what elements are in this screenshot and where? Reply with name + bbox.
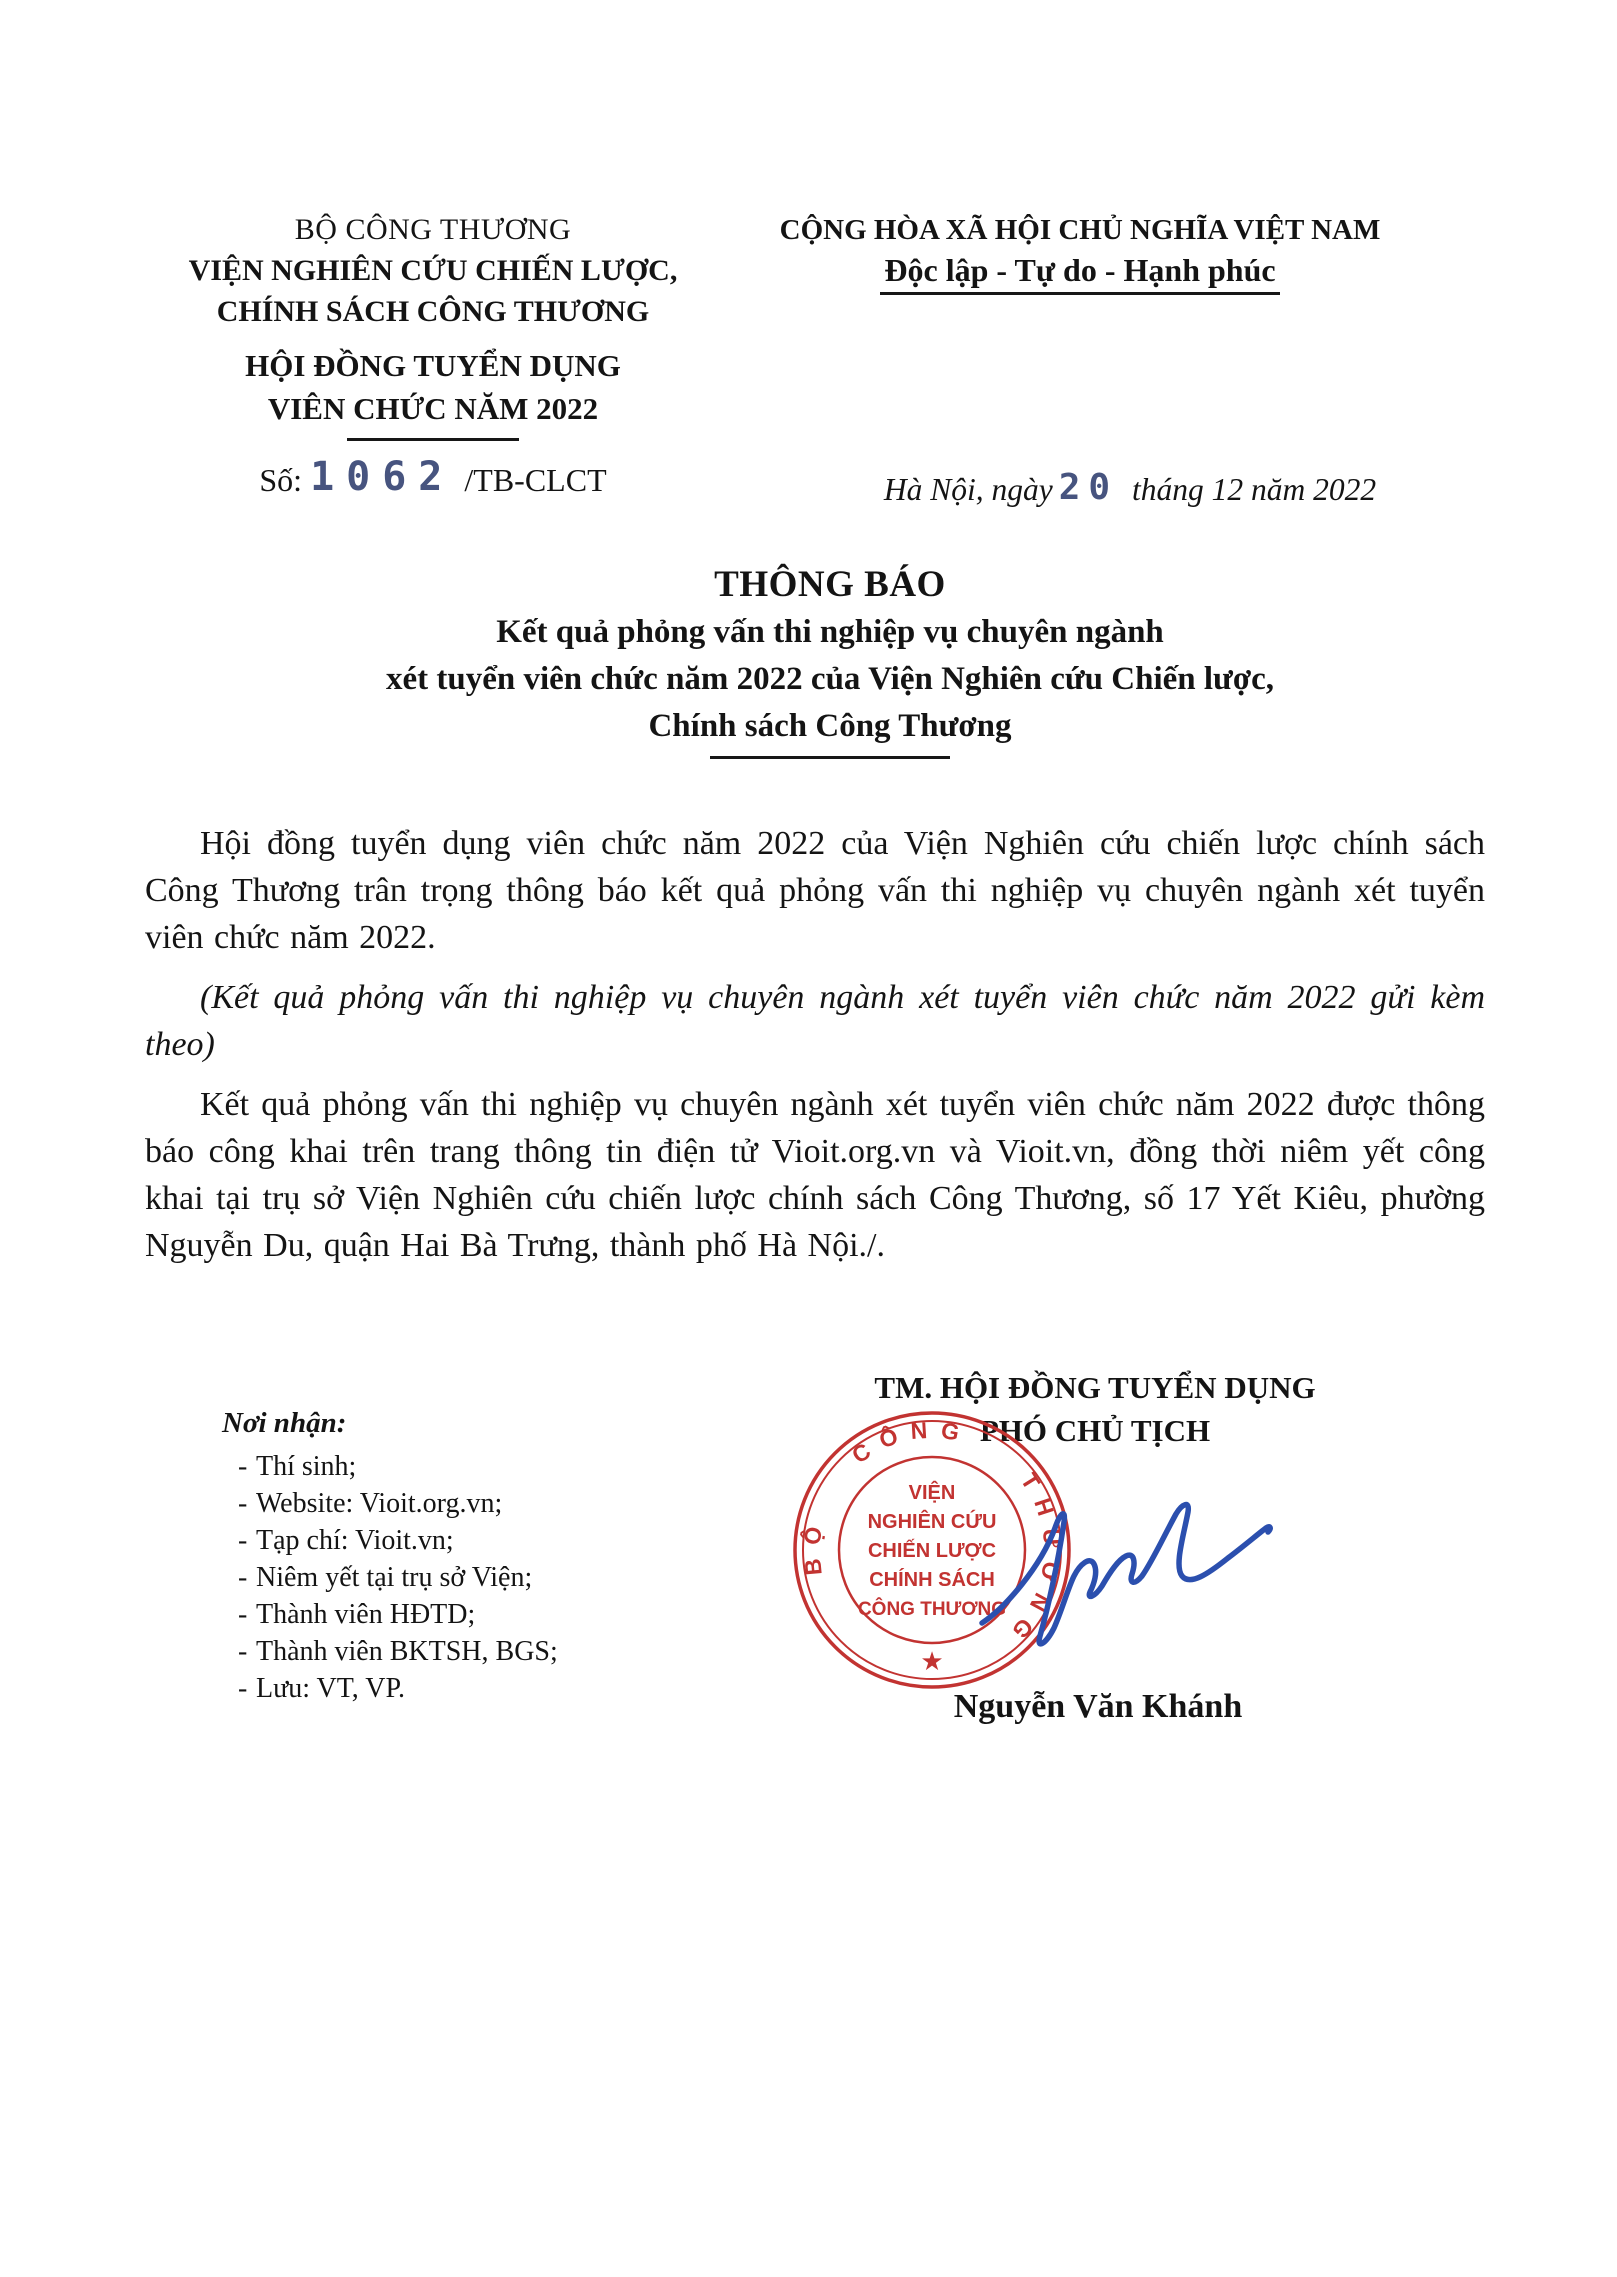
date-suffix: tháng 12 năm 2022 xyxy=(1132,472,1376,507)
signer-name: Nguyễn Văn Khánh xyxy=(868,1688,1328,1726)
national-motto: Độc lập - Tự do - Hạnh phúc xyxy=(880,250,1279,295)
list-bullet: - xyxy=(238,1670,256,1707)
notice-subtitle-line3: Chính sách Công Thương xyxy=(145,703,1515,750)
list-item: -Tạp chí: Vioit.vn; xyxy=(222,1522,682,1559)
council-name-line2: VIÊN CHỨC NĂM 2022 xyxy=(148,387,718,430)
title-block: THÔNG BÁO Kết quả phỏng vấn thi nghiệp v… xyxy=(145,560,1515,759)
national-name: CỘNG HÒA XÃ HỘI CHỦ NGHĨA VIỆT NAM xyxy=(755,210,1405,250)
recipients-block: Nơi nhận: -Thí sinh; -Website: Vioit.org… xyxy=(222,1404,682,1707)
list-item: -Thành viên HĐTD; xyxy=(222,1596,682,1633)
list-item: -Niêm yết tại trụ sở Viện; xyxy=(222,1559,682,1596)
date-day-stamp: 20 xyxy=(1059,467,1118,508)
body-block: Hội đồng tuyển dụng viên chức năm 2022 c… xyxy=(145,820,1485,1282)
list-item: -Website: Vioit.org.vn; xyxy=(222,1485,682,1522)
paragraph-1: Hội đồng tuyển dụng viên chức năm 2022 c… xyxy=(145,820,1485,961)
list-bullet: - xyxy=(238,1448,256,1485)
signature-stroke xyxy=(982,1505,1270,1644)
title-underline xyxy=(710,756,950,759)
stamp-center-line1: VIỆN xyxy=(909,1480,956,1504)
list-item: -Lưu: VT, VP. xyxy=(222,1670,682,1707)
document-number-suffix: /TB-CLCT xyxy=(464,462,606,498)
signature-authority: TM. HỘI ĐỒNG TUYỂN DỤNG xyxy=(835,1366,1355,1409)
agency-name-line2: CHÍNH SÁCH CÔNG THƯƠNG xyxy=(148,291,718,332)
recipients-list: -Thí sinh; -Website: Vioit.org.vn; -Tạp … xyxy=(222,1448,682,1707)
header-left-block: BỘ CÔNG THƯƠNG VIỆN NGHIÊN CỨU CHIẾN LƯỢ… xyxy=(148,210,718,501)
list-bullet: - xyxy=(238,1633,256,1670)
header-left-spacer xyxy=(148,332,718,344)
ministry-name: BỘ CÔNG THƯƠNG xyxy=(148,210,718,250)
document-number-line: Số:1062 /TB-CLCT xyxy=(148,455,718,501)
document-page: BỘ CÔNG THƯƠNG VIỆN NGHIÊN CỨU CHIẾN LƯỢ… xyxy=(0,0,1617,2277)
signature-ink xyxy=(960,1458,1350,1678)
list-item: -Thí sinh; xyxy=(222,1448,682,1485)
recipients-label: Nơi nhận: xyxy=(222,1404,682,1442)
list-item: -Thành viên BKTSH, BGS; xyxy=(222,1633,682,1670)
paragraph-2: (Kết quả phỏng vấn thi nghiệp vụ chuyên … xyxy=(145,974,1485,1068)
stamp-star-icon: ★ xyxy=(920,1646,943,1676)
list-bullet: - xyxy=(238,1559,256,1596)
header-right-block: CỘNG HÒA XÃ HỘI CHỦ NGHĨA VIỆT NAM Độc l… xyxy=(755,210,1405,295)
header-left-divider xyxy=(347,438,519,441)
date-line: Hà Nội, ngày20 tháng 12 năm 2022 xyxy=(800,468,1460,509)
council-name-line1: HỘI ĐỒNG TUYỂN DỤNG xyxy=(148,344,718,387)
notice-title: THÔNG BÁO xyxy=(145,560,1515,609)
date-prefix: Hà Nội, ngày xyxy=(884,472,1053,507)
list-bullet: - xyxy=(238,1596,256,1633)
document-number-stamp: 1062 xyxy=(310,454,454,500)
notice-subtitle-line1: Kết quả phỏng vấn thi nghiệp vụ chuyên n… xyxy=(145,609,1515,656)
notice-subtitle-line2: xét tuyển viên chức năm 2022 của Viện Ng… xyxy=(145,656,1515,703)
paragraph-3: Kết quả phỏng vấn thi nghiệp vụ chuyên n… xyxy=(145,1081,1485,1269)
list-bullet: - xyxy=(238,1485,256,1522)
agency-name-line1: VIỆN NGHIÊN CỨU CHIẾN LƯỢC, xyxy=(148,250,718,291)
document-number-label: Số: xyxy=(259,462,302,498)
list-bullet: - xyxy=(238,1522,256,1559)
